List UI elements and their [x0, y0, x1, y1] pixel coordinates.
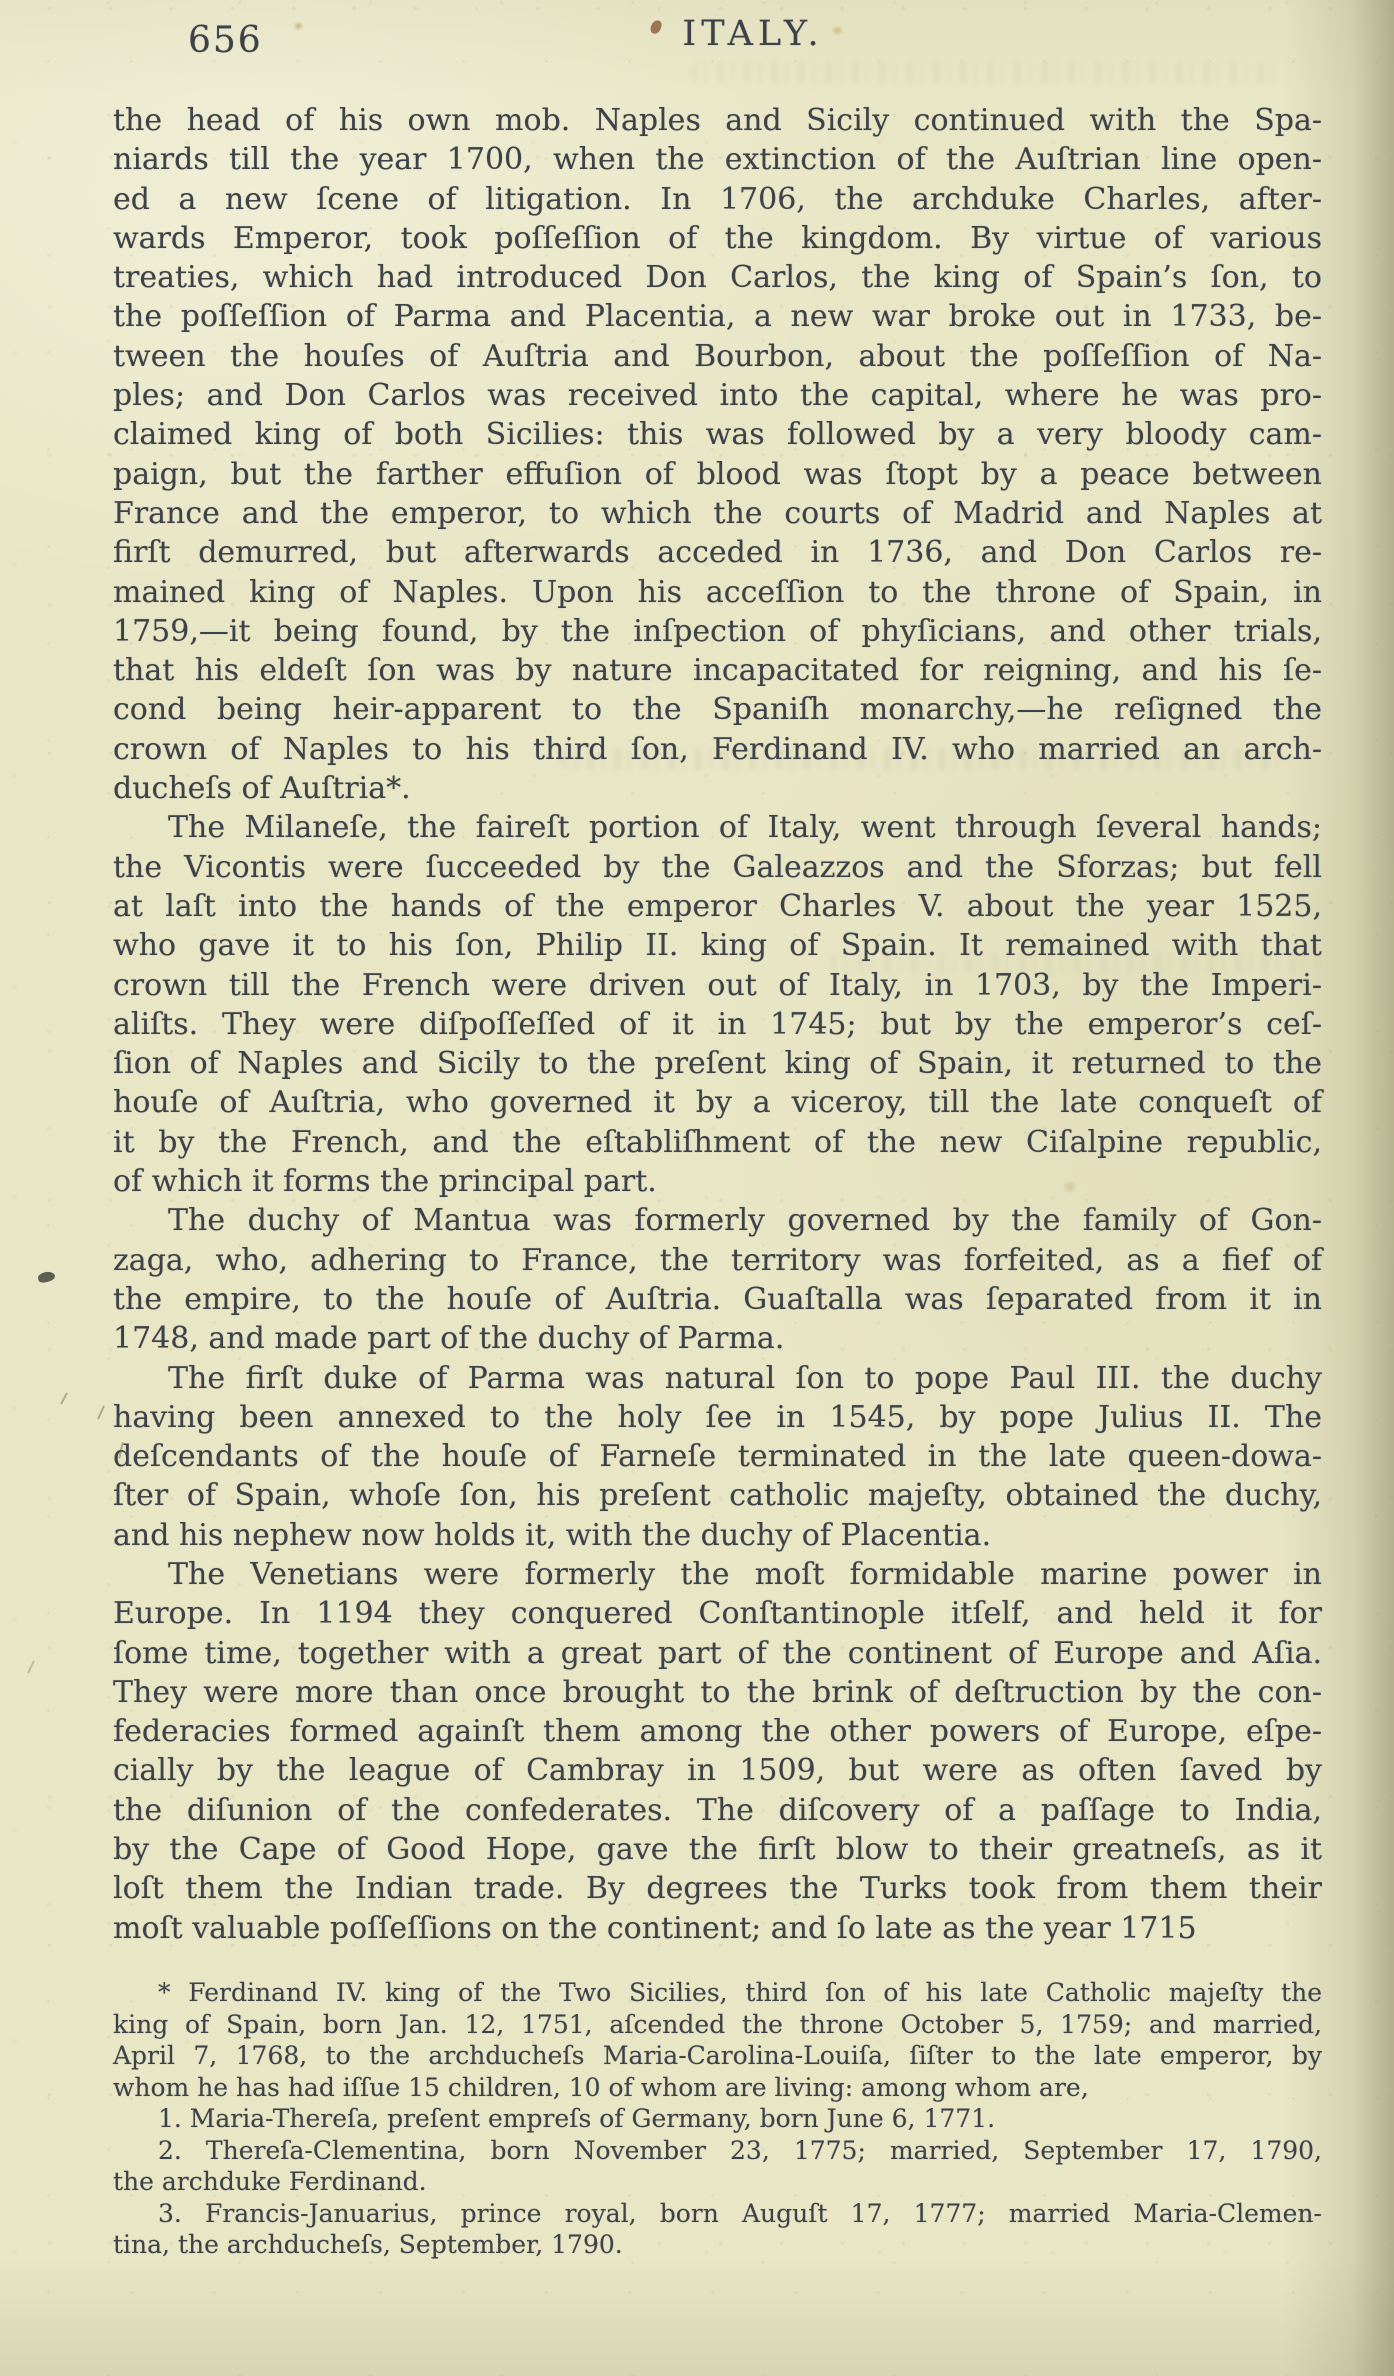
text-line: paign, but the farther effuſion of blood… — [113, 455, 1322, 494]
paragraph: The firſt duke of Parma was natural ſon … — [113, 1359, 1322, 1555]
text-line: 2. Thereſa-Clementina, born November 23,… — [113, 2135, 1322, 2167]
text-line: The Venetians were formerly the moſt for… — [113, 1555, 1322, 1594]
text-line: zaga, who, adhering to France, the terri… — [113, 1241, 1322, 1280]
text-line: The duchy of Mantua was formerly governe… — [113, 1201, 1322, 1240]
text-line: king of Spain, born Jan. 12, 1751, aſcen… — [113, 2009, 1322, 2041]
text-line: tween the houſes of Auſtria and Bourbon,… — [113, 337, 1322, 376]
text-line: France and the emperor, to which the cou… — [113, 494, 1322, 533]
paragraph: The Milaneſe, the faireſt portion of Ita… — [113, 808, 1322, 1201]
text-line: the poſſeſſion of Parma and Placentia, a… — [113, 297, 1322, 336]
paragraph: The duchy of Mantua was formerly governe… — [113, 1201, 1322, 1358]
text-line: They were more than once brought to the … — [113, 1673, 1322, 1712]
text-line: the diſunion of the confederates. The di… — [113, 1791, 1322, 1830]
foxing-spot — [293, 21, 304, 31]
text-line: treaties, which had introduced Don Carlo… — [113, 258, 1322, 297]
text-line: the head of his own mob. Naples and Sici… — [113, 101, 1322, 140]
body-text: the head of his own mob. Naples and Sici… — [113, 101, 1322, 1948]
text-line: having been annexed to the holy ſee in 1… — [113, 1398, 1322, 1437]
text-line: mained king of Naples. Upon his acceſſio… — [113, 573, 1322, 612]
page-number: 656 — [188, 20, 263, 61]
text-line: ples; and Don Carlos was received into t… — [113, 376, 1322, 415]
text-line: * Ferdinand IV. king of the Two Sicilies… — [113, 1977, 1322, 2009]
text-line: claimed king of both Sicilies: this was … — [113, 415, 1322, 454]
text-line: 3. Francis-Januarius, prince royal, born… — [113, 2198, 1322, 2230]
text-line: moſt valuable poſſeſſions on the contine… — [113, 1909, 1322, 1948]
ink-speck — [649, 19, 663, 35]
text-line: The firſt duke of Parma was natural ſon … — [113, 1359, 1322, 1398]
foxing-spot — [831, 25, 844, 36]
text-line: ſome time, together with a great part of… — [113, 1634, 1322, 1673]
text-line: crown till the French were driven out of… — [113, 966, 1322, 1005]
text-line: the empire, to the houſe of Auſtria. Gua… — [113, 1280, 1322, 1319]
text-line: April 7, 1768, to the archducheſs Maria-… — [113, 2040, 1322, 2072]
book-page: 656 ITALY. the head of his own mob. Napl… — [0, 0, 1394, 2376]
footnote: * Ferdinand IV. king of the Two Sicilies… — [113, 1977, 1322, 2261]
text-line: niards till the year 1700, when the exti… — [113, 140, 1322, 179]
text-line: it by the French, and the eſtabliſhment … — [113, 1123, 1322, 1162]
text-line: federacies formed againſt them among the… — [113, 1712, 1322, 1751]
text-line: of which it forms the principal part. — [113, 1162, 1322, 1201]
paper-fiber-mark — [27, 1660, 35, 1673]
text-line: at laſt into the hands of the emperor Ch… — [113, 887, 1322, 926]
running-head: ITALY. — [682, 14, 823, 54]
text-line: loſt them the Indian trade. By degrees t… — [113, 1869, 1322, 1908]
paragraph: the head of his own mob. Naples and Sici… — [113, 101, 1322, 808]
text-line: by the Cape of Good Hope, gave the firſt… — [113, 1830, 1322, 1869]
text-line: The Milaneſe, the faireſt portion of Ita… — [113, 808, 1322, 847]
text-line: 1. Maria-Thereſa, preſent empreſs of Ger… — [113, 2103, 1322, 2135]
text-line: aliſts. They were diſpoſſeſſed of it in … — [113, 1005, 1322, 1044]
text-line: ſter of Spain, whoſe ſon, his preſent ca… — [113, 1476, 1322, 1515]
paragraph: 1. Maria-Thereſa, preſent empreſs of Ger… — [113, 2103, 1322, 2135]
text-line: firſt demurred, but afterwards acceded i… — [113, 533, 1322, 572]
text-line: crown of Naples to his third ſon, Ferdin… — [113, 730, 1322, 769]
paper-fiber-mark — [60, 1392, 68, 1404]
paragraph: The Venetians were formerly the moſt for… — [113, 1555, 1322, 1948]
text-line: who gave it to his ſon, Philip II. king … — [113, 926, 1322, 965]
text-line: 1759,—it being found, by the inſpection … — [113, 612, 1322, 651]
text-line: cially by the league of Cambray in 1509,… — [113, 1751, 1322, 1790]
text-line: that his eldeſt ſon was by nature incapa… — [113, 651, 1322, 690]
text-line: deſcendants of the houſe of Farneſe term… — [113, 1437, 1322, 1476]
paragraph: 3. Francis-Januarius, prince royal, born… — [113, 2198, 1322, 2261]
text-line: ducheſs of Auſtria*. — [113, 769, 1322, 808]
paragraph: 2. Thereſa-Clementina, born November 23,… — [113, 2135, 1322, 2198]
text-line: tina, the archducheſs, September, 1790. — [113, 2229, 1322, 2261]
text-line: ed a new ſcene of litigation. In 1706, t… — [113, 180, 1322, 219]
ink-blot — [37, 1270, 56, 1283]
text-line: whom he has had iſſue 15 children, 10 of… — [113, 2072, 1322, 2104]
text-line: houſe of Auſtria, who governed it by a v… — [113, 1083, 1322, 1122]
bleed-through-smudge — [690, 62, 1280, 84]
paragraph: * Ferdinand IV. king of the Two Sicilies… — [113, 1977, 1322, 2103]
text-line: cond being heir-apparent to the Spaniſh … — [113, 690, 1322, 729]
text-line: the Vicontis were ſucceeded by the Galea… — [113, 848, 1322, 887]
text-line: ſion of Naples and Sicily to the preſent… — [113, 1044, 1322, 1083]
text-line: the archduke Ferdinand. — [113, 2166, 1322, 2198]
text-line: wards Emperor, took poſſeſſion of the ki… — [113, 219, 1322, 258]
text-line: and his nephew now holds it, with the du… — [113, 1516, 1322, 1555]
text-line: 1748, and made part of the duchy of Parm… — [113, 1319, 1322, 1358]
paper-fiber-mark — [97, 1405, 105, 1420]
text-line: Europe. In 1194 they conquered Conſtanti… — [113, 1594, 1322, 1633]
